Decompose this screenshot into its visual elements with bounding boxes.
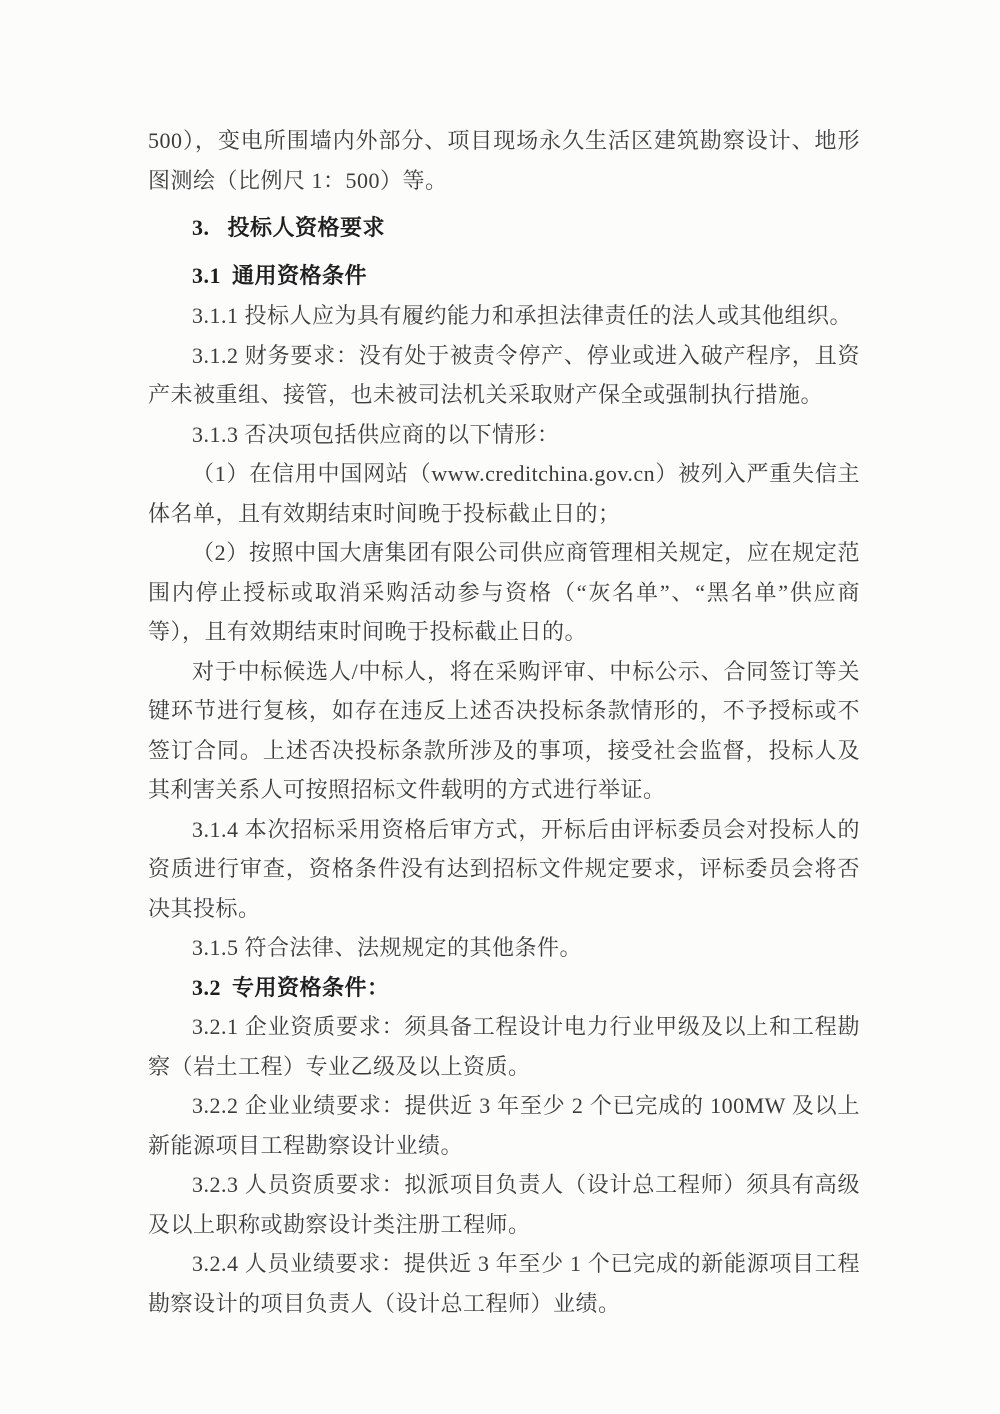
section-number: 3.: [192, 215, 210, 240]
section-heading: 3.投标人资格要求: [148, 208, 860, 248]
document-paragraph: 3.1.2 财务要求：没有处于被责令停产、停业或进入破产程序，且资产未被重组、接…: [148, 336, 860, 415]
document-paragraph: 500），变电所围墙内外部分、项目现场永久生活区建筑勘察设计、地形图测绘（比例尺…: [148, 121, 860, 200]
document-paragraph: 3.1.1 投标人应为具有履约能力和承担法律责任的法人或其他组织。: [148, 296, 860, 336]
section-title: 通用资格条件: [232, 263, 367, 288]
section-title: 投标人资格要求: [228, 215, 386, 240]
document-content: 500），变电所围墙内外部分、项目现场永久生活区建筑勘察设计、地形图测绘（比例尺…: [148, 121, 860, 1323]
document-paragraph: （2）按照中国大唐集团有限公司供应商管理相关规定，应在规定范围内停止授标或取消采…: [148, 533, 860, 652]
document-paragraph: 3.2.4 人员业绩要求：提供近 3 年至少 1 个已完成的新能源项目工程勘察设…: [148, 1244, 860, 1323]
section-heading: 3.2专用资格条件：: [148, 968, 860, 1008]
document-paragraph: 3.1.3 否决项包括供应商的以下情形：: [148, 415, 860, 455]
document-paragraph: 3.2.1 企业资质要求：须具备工程设计电力行业甲级及以上和工程勘察（岩土工程）…: [148, 1007, 860, 1086]
document-paragraph: 3.2.3 人员资质要求：拟派项目负责人（设计总工程师）须具有高级及以上职称或勘…: [148, 1165, 860, 1244]
document-paragraph: 3.1.4 本次招标采用资格后审方式，开标后由评标委员会对投标人的资质进行审查，…: [148, 810, 860, 929]
document-paragraph: 对于中标候选人/中标人，将在采购评审、中标公示、合同签订等关键环节进行复核，如存…: [148, 652, 860, 810]
document-paragraph: 3.2.2 企业业绩要求：提供近 3 年至少 2 个已完成的 100MW 及以上…: [148, 1086, 860, 1165]
document-paragraph: 3.1.5 符合法律、法规规定的其他条件。: [148, 928, 860, 968]
section-heading: 3.1通用资格条件: [148, 256, 860, 296]
section-number: 3.2: [192, 975, 221, 1000]
section-number: 3.1: [192, 263, 221, 288]
section-title: 专用资格条件：: [232, 975, 390, 1000]
document-page: 500），变电所围墙内外部分、项目现场永久生活区建筑勘察设计、地形图测绘（比例尺…: [0, 0, 1000, 1414]
document-paragraph: （1）在信用中国网站（www.creditchina.gov.cn）被列入严重失…: [148, 454, 860, 533]
